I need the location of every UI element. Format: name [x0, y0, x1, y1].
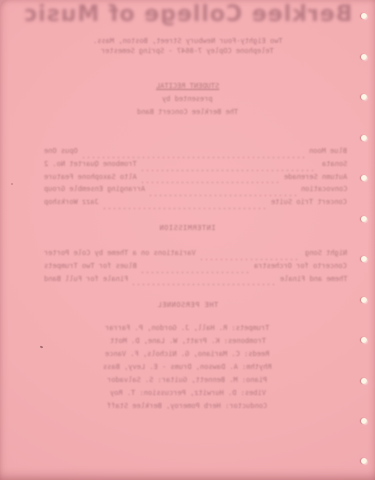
binding-hole: [361, 175, 367, 181]
binding-hole: [361, 337, 367, 343]
bleedthrough-program-list: Opus One Blue Moon Trombone Quartet No. …: [44, 147, 347, 211]
dotted-leader: [83, 157, 304, 158]
paper-speck: [11, 183, 13, 185]
personnel-line: Conductor: Herb Pomeroy, Berklee Staff: [107, 400, 267, 413]
binding-hole: [361, 135, 367, 141]
program-row: Jazz Workshop Concert Trio Suite: [44, 198, 347, 211]
personnel-heading-text: THE PERSONNEL: [157, 301, 218, 309]
program-right: Convocation: [301, 185, 347, 193]
program-left: Blues for Two Trumpets: [44, 262, 137, 270]
recital-ensemble-line: The Berklee Concert Band: [137, 106, 238, 119]
intermission-text: INTERMISSION: [159, 224, 216, 232]
bleedthrough-second-half-list: Variations on a Theme by Cole Porter Nig…: [44, 249, 347, 287]
program-row: Alto Saxophone Feature Autumn Serenade: [44, 173, 347, 186]
program-left: Alto Saxophone Feature: [44, 173, 137, 181]
dotted-leader: [150, 195, 295, 196]
personnel-line: Rhythm: A. Dawson, Drums - E. Levy, Bass: [103, 361, 272, 374]
personnel-line: Trumpets: R. Hall, J. Gordon, P. Farrar: [105, 322, 269, 335]
bleedthrough-personnel-list: Trumpets: R. Hall, J. Gordon, P. Farrar …: [0, 322, 375, 413]
dotted-leader: [142, 170, 317, 171]
binding-hole: [361, 256, 367, 262]
program-right: Sonata: [322, 160, 347, 168]
dotted-leader: [133, 284, 274, 285]
binding-hole: [361, 378, 367, 384]
program-left: Opus One: [44, 147, 78, 155]
bleedthrough-address: Two Eighty-Four Newbury Street, Boston, …: [0, 36, 375, 56]
binding-hole: [361, 458, 367, 464]
program-right: Night Song: [305, 249, 347, 257]
program-row: Blues for Two Trumpets Concerto for Orch…: [44, 262, 347, 275]
program-right: Blue Moon: [309, 147, 347, 155]
scanned-pink-page: Berklee College of Music Two Eighty-Four…: [0, 0, 375, 480]
program-row: Trombone Quartet No. 2 Sonata: [44, 160, 347, 173]
college-title-text: Berklee College of Music: [23, 2, 352, 27]
address-line-1: Two Eighty-Four Newbury Street, Boston, …: [93, 36, 283, 46]
personnel-line: Reeds: C. Mariano, G. Nichols, F. Vance: [105, 348, 269, 361]
binding-hole: [361, 54, 367, 60]
personnel-line: Trombones: K. Pratt, W. Lane, D. Mott: [110, 335, 266, 348]
binding-hole: [361, 216, 367, 222]
address-line-2: Telephone COpley 7-8647 - Spring Semeste…: [101, 46, 274, 56]
program-row: Opus One Blue Moon: [44, 147, 347, 160]
program-left: Trombone Quartet No. 2: [44, 160, 137, 168]
binding-hole: [361, 13, 367, 19]
recital-title-text: STUDENT RECITAL: [156, 80, 219, 93]
dotted-leader: [142, 182, 279, 183]
bleedthrough-recital-header: STUDENT RECITAL presented by The Berklee…: [0, 80, 375, 119]
binding-hole: [361, 94, 367, 100]
program-row: Finale for Full Band Theme and Finale: [44, 275, 347, 288]
program-right: Theme and Finale: [280, 275, 347, 283]
program-left: Finale for Full Band: [44, 275, 128, 283]
bleedthrough-masthead: Berklee College of Music: [0, 2, 375, 27]
program-row: Variations on a Theme by Cole Porter Nig…: [44, 249, 347, 262]
program-right: Concerto for Orchestra: [254, 262, 347, 270]
program-row: Arranging Ensemble Group Convocation: [44, 185, 347, 198]
dotted-leader: [201, 259, 300, 260]
personnel-line: Piano: M. Bennett, Guitar: S. Salvador: [107, 374, 267, 387]
program-left: Arranging Ensemble Group: [44, 185, 145, 193]
program-right: Concert Trio Suite: [271, 198, 347, 206]
binding-hole: [361, 418, 367, 424]
program-left: Variations on a Theme by Cole Porter: [44, 249, 196, 257]
bleedthrough-personnel-heading: THE PERSONNEL: [0, 301, 375, 309]
recital-presented-by: presented by: [162, 93, 213, 106]
bleedthrough-intermission-heading: INTERMISSION: [0, 224, 375, 232]
program-left: Jazz Workshop: [44, 198, 99, 206]
program-right: Autumn Serenade: [284, 173, 347, 181]
binding-hole: [361, 297, 367, 303]
personnel-line: Vibes: D. Hurwitz, Percussion: T. Roy: [110, 387, 266, 400]
dotted-leader: [142, 272, 250, 273]
dotted-leader: [104, 208, 266, 209]
